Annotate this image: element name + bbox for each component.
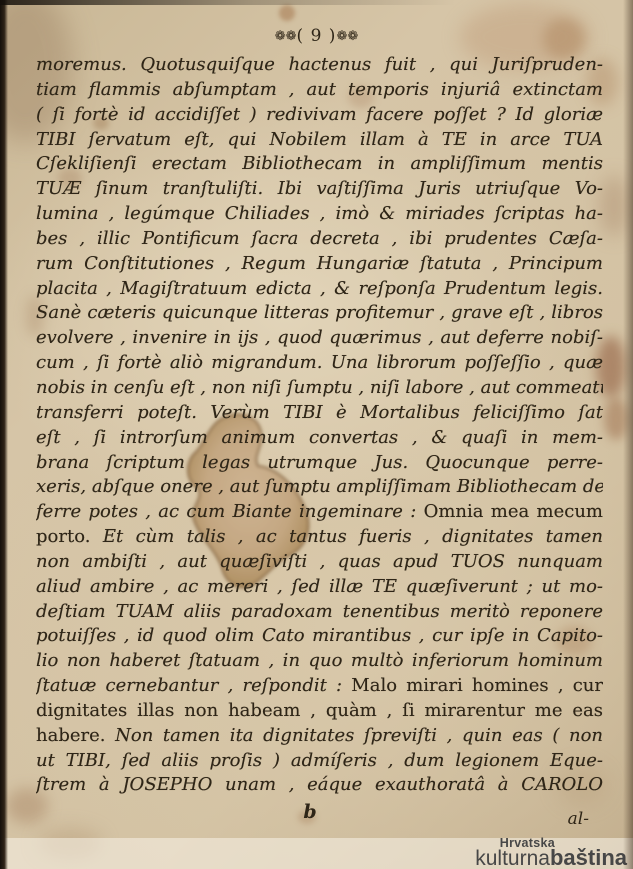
text-line: aliud ambire , ac mereri , ſed illæ TE q…	[36, 575, 603, 600]
text-line: potuiſſes , id quod olim Cato mirantibus…	[36, 624, 603, 649]
text-line: ferre potes , ac cum Biante ingeminare :…	[36, 500, 603, 525]
text-line: rum Conſtitutiones , Regum Hungariæ ſtat…	[36, 252, 603, 277]
catchword: al-	[568, 809, 589, 829]
text-line: xeris, abſque onere , aut ſumptu ampliſſ…	[36, 475, 603, 500]
text-line: moremus. Quotusquiſque hactenus fuit , q…	[36, 53, 603, 78]
text-line: nobis in cenſu eſt , non niſi ſumptu , n…	[36, 376, 603, 401]
text-line: evolvere , invenire in ijs , quod quærim…	[36, 326, 603, 351]
text-line: eſt , ſi introrſum animum convertas , & …	[36, 426, 603, 451]
page-header: ❁❁( 9 )❁❁	[0, 26, 633, 46]
text-line: tiam flammis abſumptam , aut temporis in…	[36, 78, 603, 103]
text-line: Cſekliſienſi erectam Bibliothecam in amp…	[36, 152, 603, 177]
text-line: ſtrem à JOSEPHO unam , eáque exauthoratâ…	[36, 773, 603, 798]
watermark-line2: kulturnabaština	[475, 847, 627, 869]
text-block: moremus. Quotusquiſque hactenus fuit , q…	[36, 53, 603, 798]
fleuron-ornament-icon: ❁❁	[336, 29, 358, 44]
text-line: deſtiam TUAM aliis paradoxam tenentibus …	[36, 600, 603, 625]
signature-mark: b	[290, 801, 330, 823]
text-line: porto. Et cùm talis , ac tantus fueris ,…	[36, 525, 603, 550]
text-line: ut TIBI, ſed aliis proſis ) admíſeris , …	[36, 749, 603, 774]
text-line: lumina , legúmque Chiliades , imò & miri…	[36, 202, 603, 227]
scan-edge-right	[623, 0, 633, 869]
fleuron-ornament-icon: ❁❁	[275, 29, 297, 44]
text-line: transferri poteſt. Verùm TIBI è Mortalib…	[36, 401, 603, 426]
text-line: habere. Non tamen ita dignitates ſpreviſ…	[36, 724, 603, 749]
scan-edge-left	[0, 0, 8, 869]
text-line: placita , Magiſtratuum edicta , & reſpon…	[36, 277, 603, 302]
text-line: ſtatuæ cernebantur , reſpondit : Malo mi…	[36, 674, 603, 699]
text-line: cum , ſi fortè aliò migrandum. Una libro…	[36, 351, 603, 376]
text-line: bes , illic Pontificum ſacra decreta , i…	[36, 227, 603, 252]
text-line: Sanè cæteris quicunque litteras profitem…	[36, 301, 603, 326]
scanned-book-page: ❁❁( 9 )❁❁ moremus. Quotusquiſque hactenu…	[0, 0, 633, 869]
scan-edge-top	[0, 0, 633, 5]
page-number: ( 9 )	[297, 26, 337, 46]
text-line: lio non haberet ſtatuam , in quo multò i…	[36, 649, 603, 674]
text-line: TIBI ſervatum eſt, qui Nobilem illam à T…	[36, 128, 603, 153]
text-line: brana ſcriptum legas utrumque Jus. Quocu…	[36, 451, 603, 476]
text-line: dignitates illas non habeam , quàm , ſi …	[36, 699, 603, 724]
text-line: TUÆ ſinum tranſtuliſti. Ibi vaſtiſſima J…	[36, 177, 603, 202]
text-line: non ambiſti , aut quæſiviſti , quas apud…	[36, 550, 603, 575]
stain	[279, 5, 295, 21]
watermark: Hrvatska kulturnabaština	[475, 837, 627, 869]
text-line: ( ſi fortè id accidiſſet ) redivivam fac…	[36, 103, 603, 128]
